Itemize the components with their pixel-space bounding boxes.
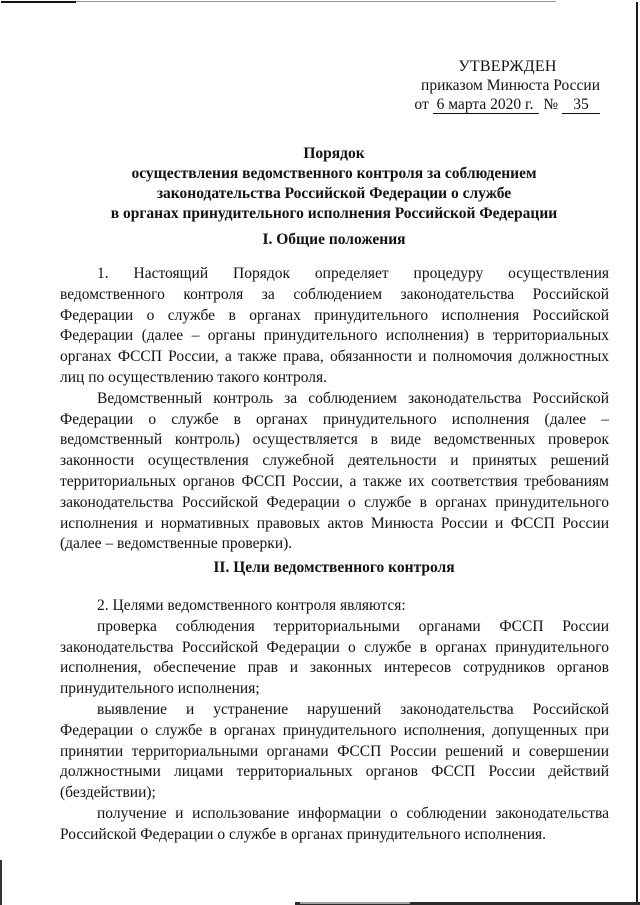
section-heading-goals: II. Цели ведомственного контроля	[60, 558, 608, 578]
paragraph: выявление и устранение нарушений законод…	[60, 700, 609, 804]
order-number: 35	[562, 97, 600, 114]
order-date: 6 марта 2020 г.	[433, 97, 540, 114]
date-prefix: от	[414, 96, 428, 113]
number-prefix: №	[543, 96, 558, 113]
approved-label: УТВЕРЖДЕН	[400, 57, 600, 76]
paragraph: Ведомственный контроль за соблюдением за…	[60, 389, 609, 555]
document-page: УТВЕРЖДЕН приказом Минюста России от 6 м…	[0, 0, 640, 905]
scan-edge-bottom-faint	[300, 902, 410, 904]
scan-edge-top-faint	[76, 1, 556, 2]
paragraph: 2. Целями ведомственного контроля являют…	[60, 596, 609, 617]
section-heading-general: I. Общие положения	[60, 230, 608, 250]
scan-edge-right	[636, 2, 638, 905]
title-line: осуществления ведомственного контроля за…	[60, 164, 608, 184]
paragraph: получение и использование информации о с…	[60, 804, 609, 846]
title-line: законодательства Российской Федерации о …	[60, 184, 608, 204]
order-line: приказом Минюста России	[400, 76, 600, 95]
document-title: Порядок осуществления ведомственного кон…	[60, 144, 608, 224]
paragraph: 1. Настоящий Порядок определяет процедур…	[60, 264, 609, 389]
title-line: в органах принудительного исполнения Рос…	[60, 204, 608, 224]
scan-edge-left	[0, 860, 2, 905]
paragraph: проверка соблюдения территориальными орг…	[60, 617, 609, 700]
scan-edge-top	[1, 1, 76, 3]
approval-block: УТВЕРЖДЕН приказом Минюста России от 6 м…	[400, 57, 600, 114]
title-line: Порядок	[60, 144, 608, 164]
section-general-body: 1. Настоящий Порядок определяет процедур…	[60, 264, 609, 555]
section-goals-body: 2. Целями ведомственного контроля являют…	[60, 596, 609, 846]
order-date-number-line: от 6 марта 2020 г. № 35	[400, 95, 600, 114]
